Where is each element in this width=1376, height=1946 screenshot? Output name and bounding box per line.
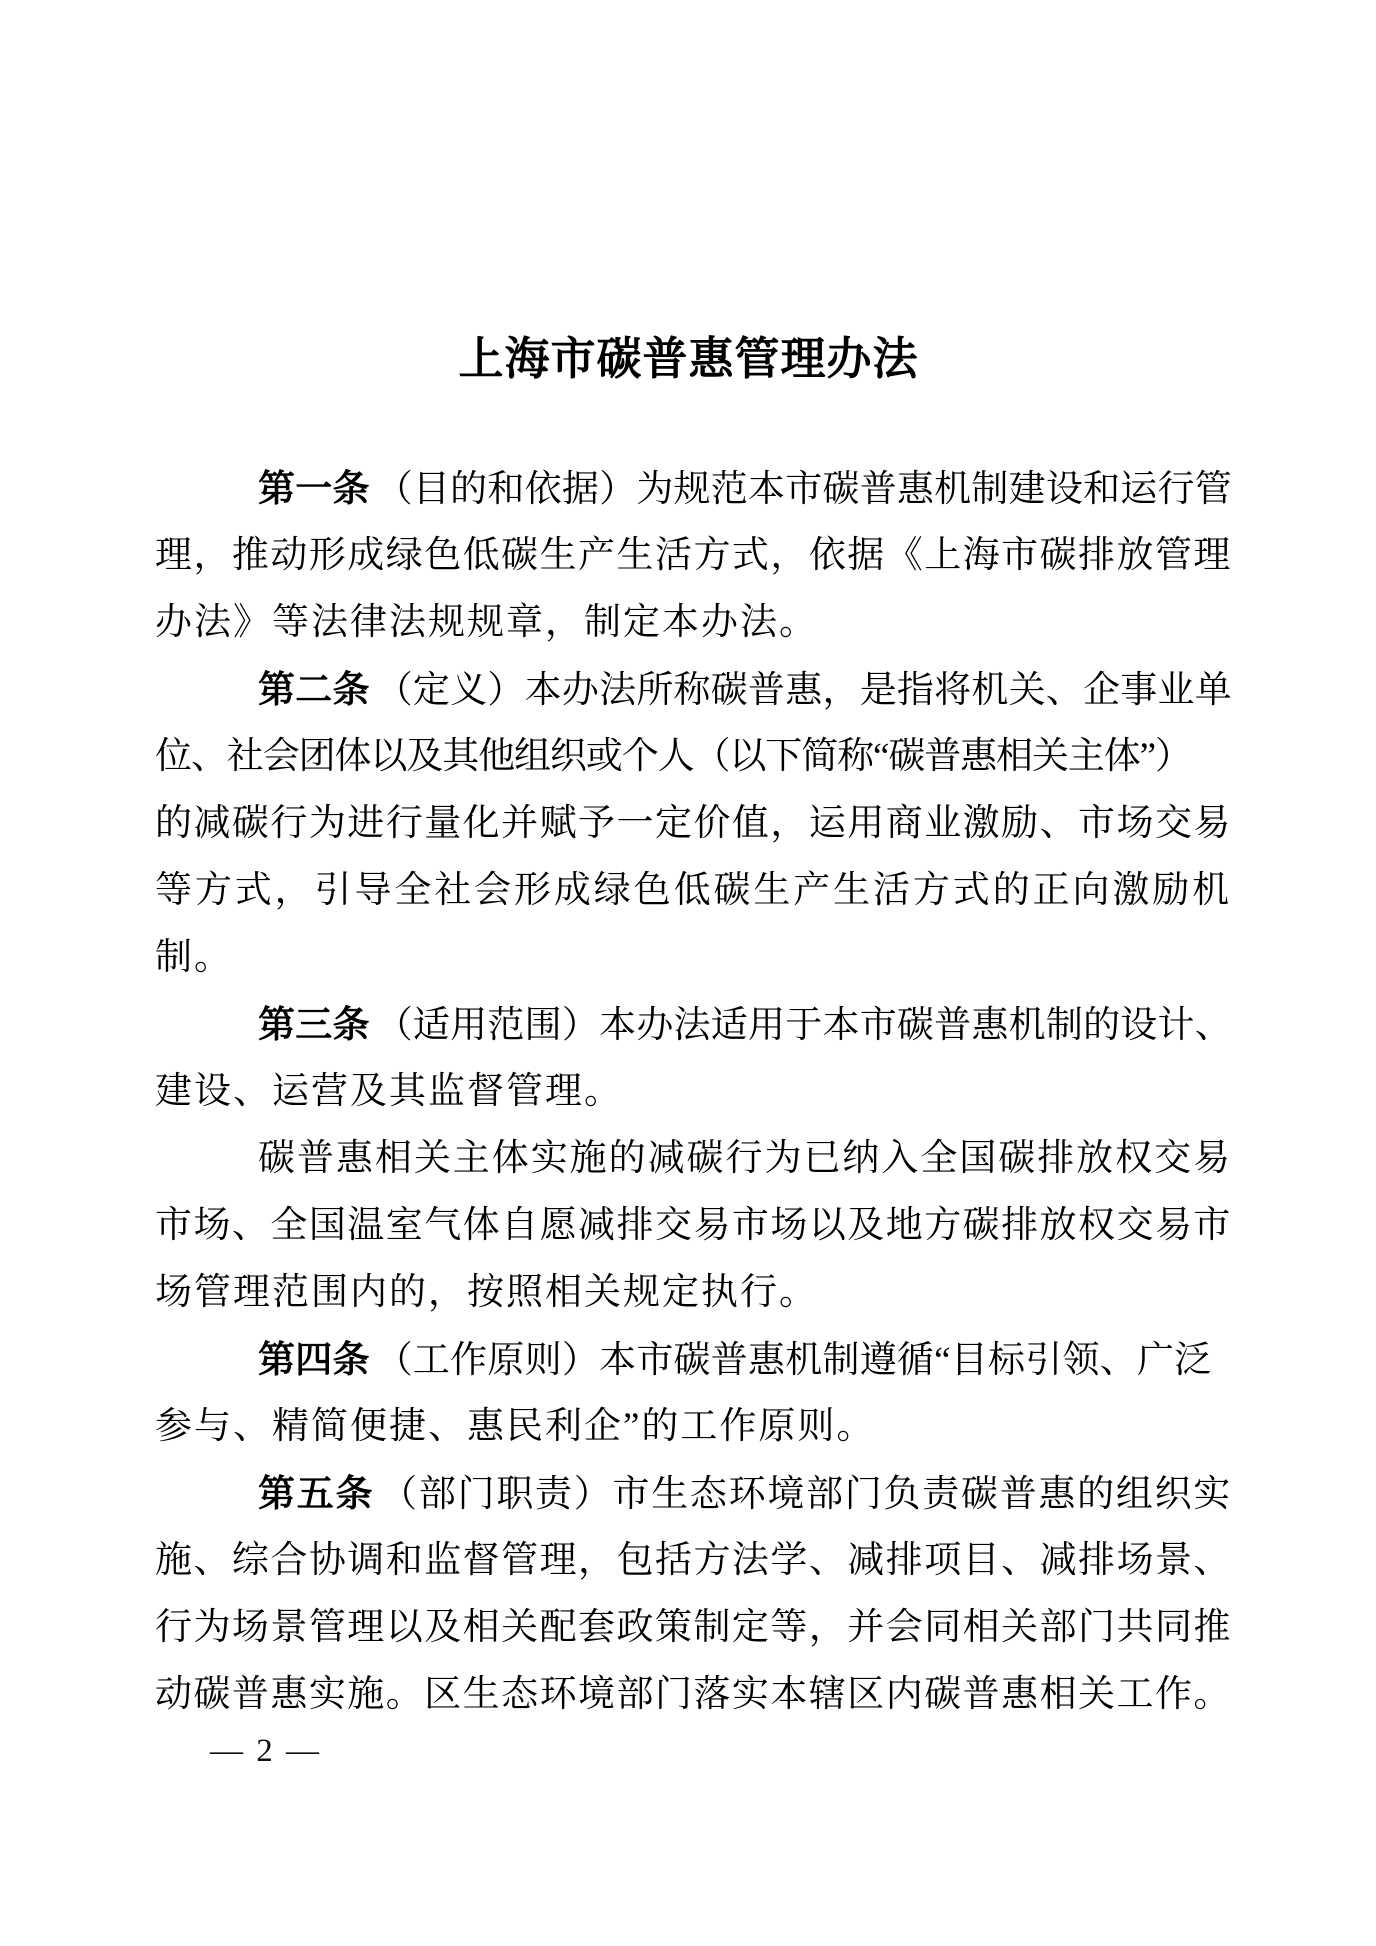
text-line: 参与、精简便捷、惠民利企”的工作原则。 [155,1393,1232,1460]
article-number: 第四条 [258,1339,370,1380]
line-text: （工作原则）本市碳普惠机制遵循“目标引领、广泛 [376,1340,1212,1381]
line-text: 参与、精简便捷、惠民利企”的工作原则。 [155,1406,875,1447]
text-line: 建设、运营及其监督管理。 [155,1058,1232,1125]
document-body: 第一条（目的和依据）为规范本市碳普惠机制建设和运行管 理，推动形成绿色低碳生产生… [155,455,1232,1728]
text-line: 制。 [155,924,1232,991]
text-line: 场管理范围内的，按照相关规定执行。 [155,1259,1232,1326]
text-line: 等方式，引导全社会形成绿色低碳生产生活方式的正向激励机 [155,857,1232,924]
document-page: 上海市碳普惠管理办法 第一条（目的和依据）为规范本市碳普惠机制建设和运行管 理，… [0,0,1376,1946]
text-line: 动碳普惠实施。区生态环境部门落实本辖区内碳普惠相关工作。 [155,1661,1232,1728]
text-line: 第四条（工作原则）本市碳普惠机制遵循“目标引领、广泛 [155,1326,1232,1393]
line-text: 市场、全国温室气体自愿减排交易市场以及地方碳排放权交易市 [155,1205,1232,1246]
line-text: （适用范围）本办法适用于本市碳普惠机制的设计、 [376,1005,1232,1046]
line-text: 制。 [155,937,233,978]
text-line: 办法》等法律法规规章，制定本办法。 [155,589,1232,656]
text-line: 理，推动形成绿色低碳生产生活方式，依据《上海市碳排放管理 [155,522,1232,589]
line-text: 碳普惠相关主体实施的减碳行为已纳入全国碳排放权交易 [258,1138,1232,1179]
line-text: 理，推动形成绿色低碳生产生活方式，依据《上海市碳排放管理 [155,535,1232,576]
text-line: 施、综合协调和监督管理，包括方法学、减排项目、减排场景、 [155,1527,1232,1594]
article-number: 第一条 [258,468,370,509]
line-text: 行为场景管理以及相关配套政策制定等，并会同相关部门共同推 [155,1607,1232,1648]
line-text: 建设、运营及其监督管理。 [155,1071,623,1112]
text-line: 第二条（定义）本办法所称碳普惠，是指将机关、企事业单 [155,656,1232,723]
text-line: 第五条（部门职责）市生态环境部门负责碳普惠的组织实 [155,1460,1232,1527]
text-line: 市场、全国温室气体自愿减排交易市场以及地方碳排放权交易市 [155,1192,1232,1259]
line-text: 的减碳行为进行量化并赋予一定价值，运用商业激励、市场交易 [155,803,1232,844]
text-line: 第三条（适用范围）本办法适用于本市碳普惠机制的设计、 [155,991,1232,1058]
text-line: 碳普惠相关主体实施的减碳行为已纳入全国碳排放权交易 [155,1125,1232,1192]
line-text: 施、综合协调和监督管理，包括方法学、减排项目、减排场景、 [155,1540,1232,1581]
line-text: 等方式，引导全社会形成绿色低碳生产生活方式的正向激励机 [155,870,1232,911]
line-text: 场管理范围内的，按照相关规定执行。 [155,1272,818,1313]
page-number: — 2 — [210,1733,322,1770]
text-line: 行为场景管理以及相关配套政策制定等，并会同相关部门共同推 [155,1594,1232,1661]
line-text: （目的和依据）为规范本市碳普惠机制建设和运行管 [376,469,1232,510]
line-text: 办法》等法律法规规章，制定本办法。 [155,602,818,643]
line-text: 动碳普惠实施。区生态环境部门落实本辖区内碳普惠相关工作。 [155,1674,1232,1715]
text-line: 位、社会团体以及其他组织或个人（以下简称“碳普惠相关主体”） [155,723,1232,790]
article-number: 第三条 [258,1004,370,1045]
article-number: 第二条 [258,669,370,710]
line-text: （定义）本办法所称碳普惠，是指将机关、企事业单 [376,670,1232,711]
line-text: 位、社会团体以及其他组织或个人（以下简称“碳普惠相关主体”） [155,736,1191,777]
text-line: 的减碳行为进行量化并赋予一定价值，运用商业激励、市场交易 [155,790,1232,857]
line-text: （部门职责）市生态环境部门负责碳普惠的组织实 [380,1474,1232,1515]
article-number: 第五条 [258,1473,374,1514]
document-title: 上海市碳普惠管理办法 [150,322,1227,387]
text-line: 第一条（目的和依据）为规范本市碳普惠机制建设和运行管 [155,455,1232,522]
